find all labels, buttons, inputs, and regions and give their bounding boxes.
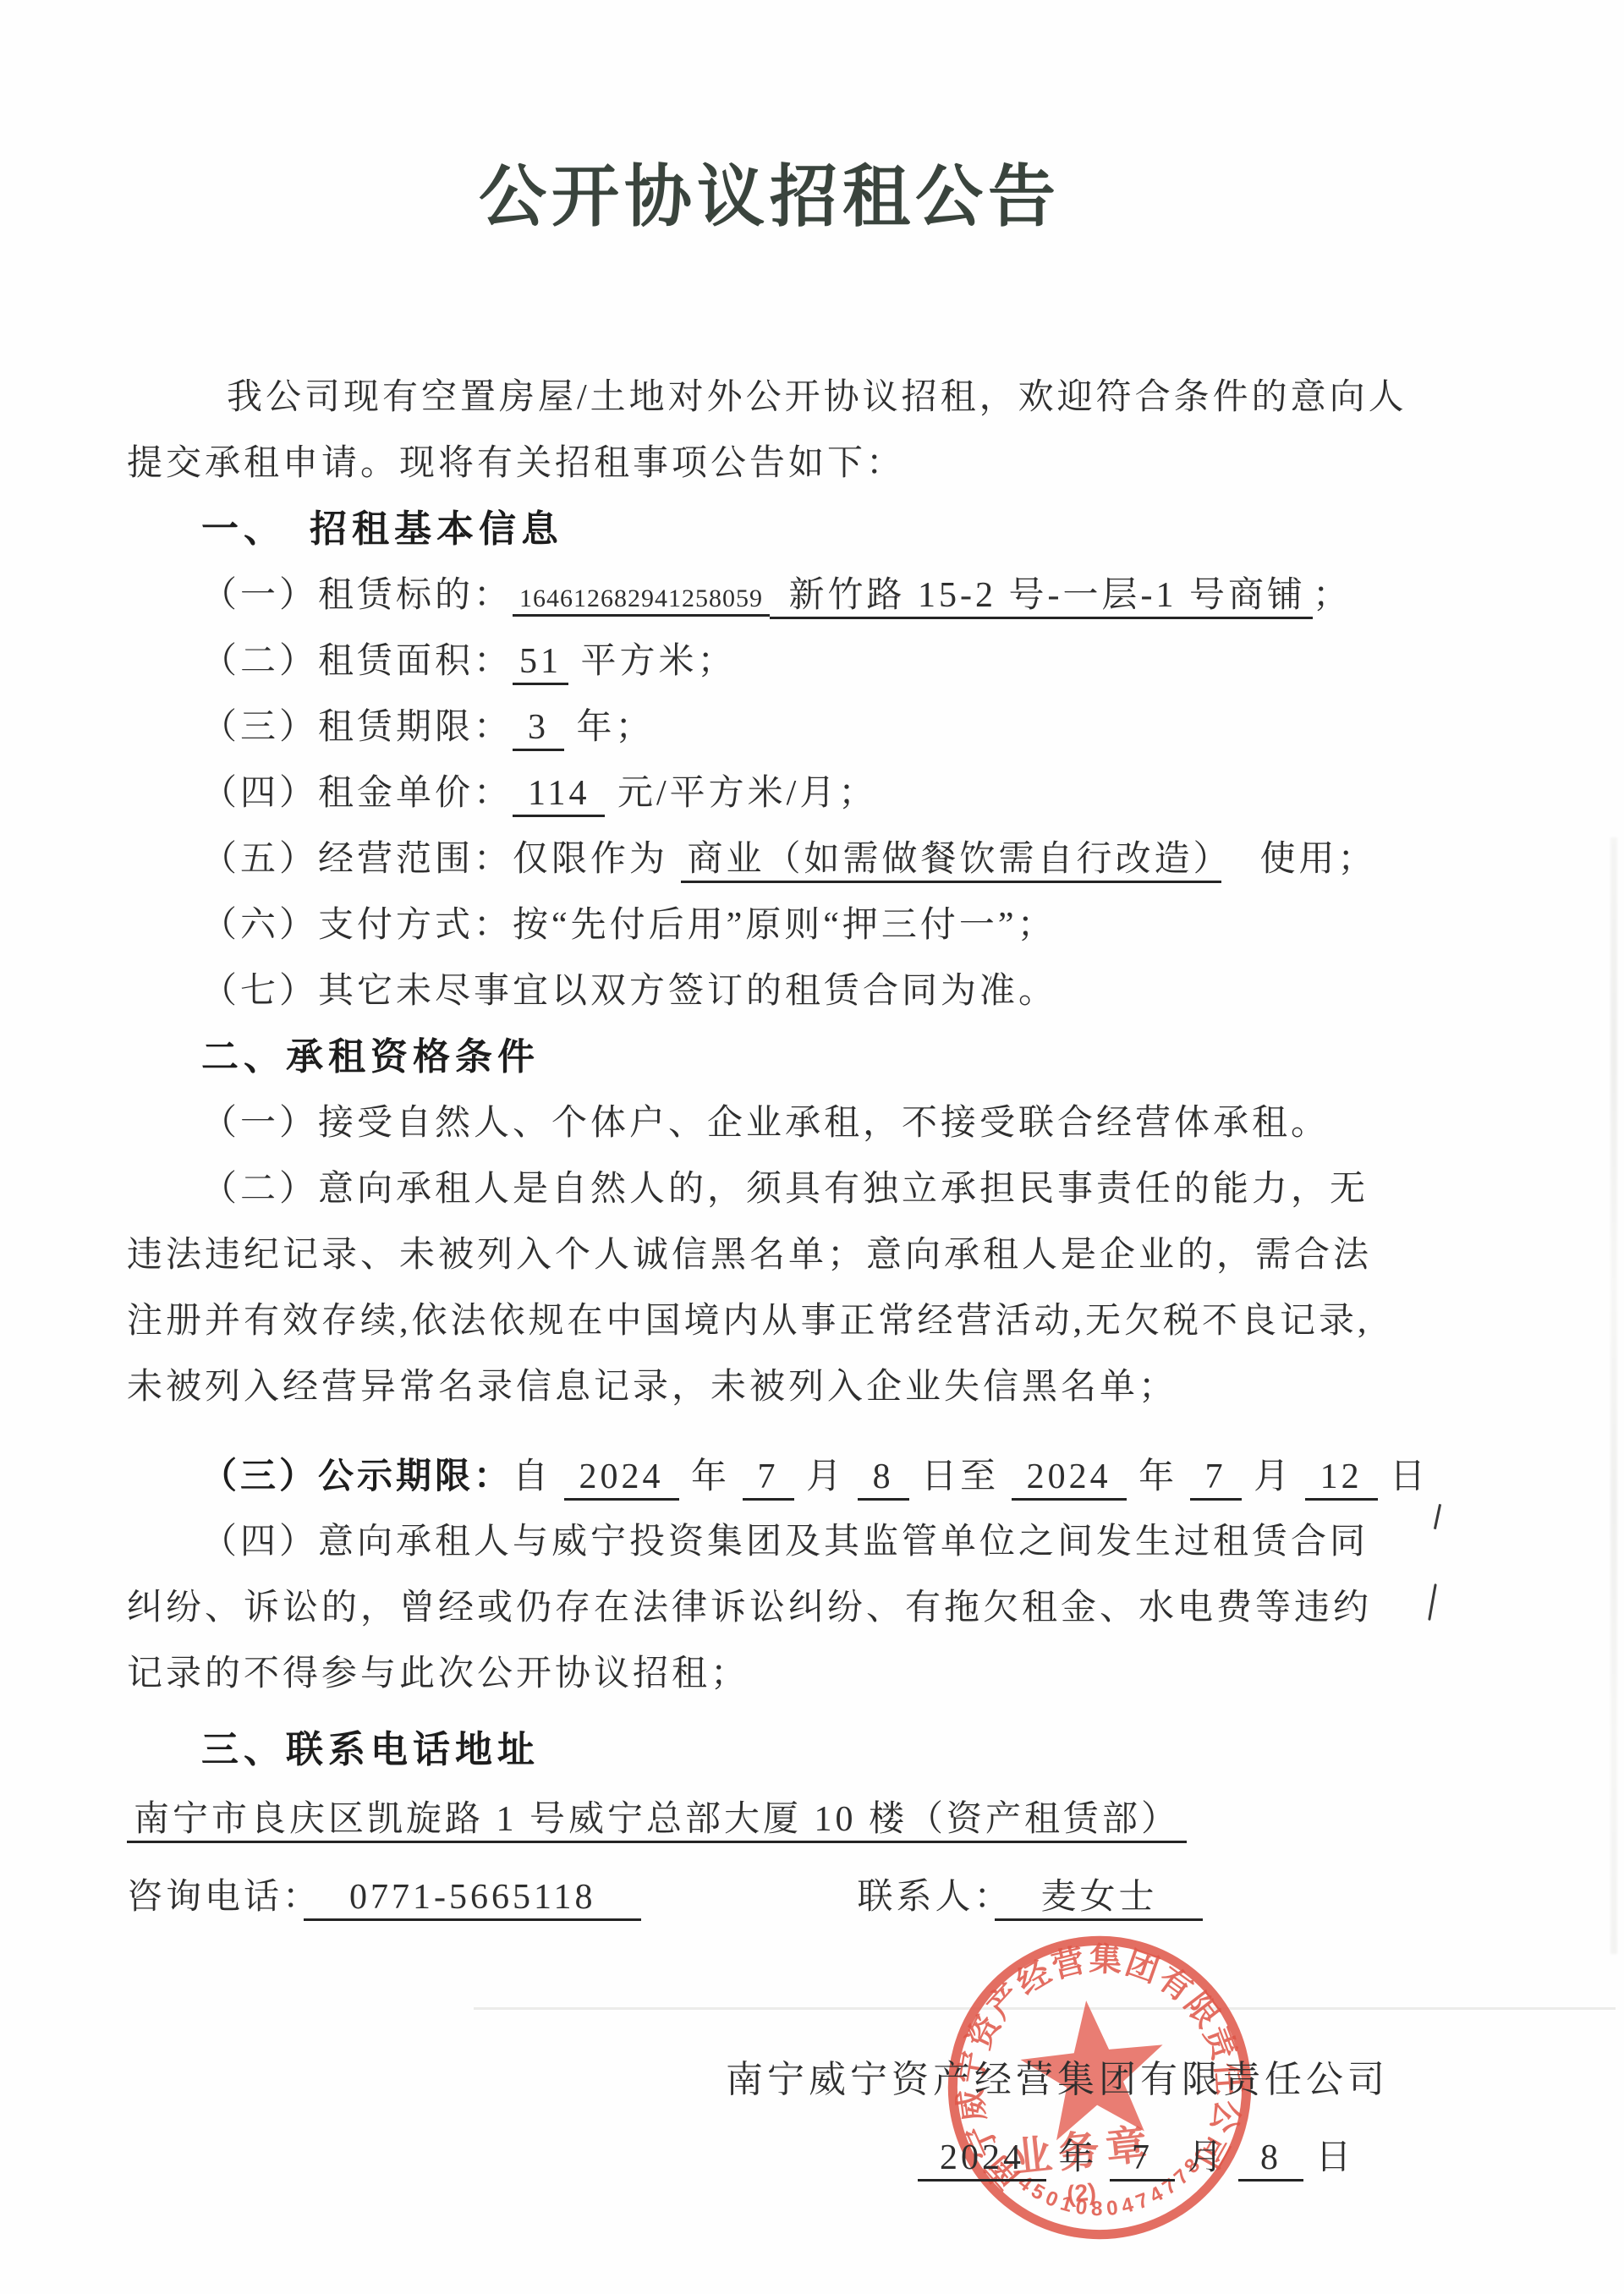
item-other: （七）其它未尽事宜以双方签订的租赁合同为准。: [127, 958, 1514, 1024]
text-segment: 月: [1242, 1457, 1305, 1496]
text-segment: 使用；: [1221, 840, 1377, 879]
text-segment: 2024: [918, 2138, 1046, 2181]
text-segment: 114: [513, 774, 605, 817]
qual-line-3: 违法违纪记录、未被列入个人诚信黑名单；意向承租人是企业的，需合法: [127, 1222, 1514, 1288]
qual-line-2: （二）意向承租人是自然人的，须具有独立承担民事责任的能力，无: [127, 1156, 1514, 1222]
text-segment: 12: [1305, 1457, 1378, 1501]
text-segment: 日至: [909, 1457, 1012, 1496]
text-segment: 新竹路 15-2 号-一层-1 号商铺: [770, 576, 1313, 619]
heading-section-1: 一、 招租基本信息: [127, 497, 1514, 563]
text-segment: 记录的不得参与此次公开协议招租；: [127, 1655, 749, 1693]
text-segment: 二、承租资格条件: [201, 1036, 540, 1078]
text-segment: 日: [1303, 2138, 1355, 2177]
text-segment: 月: [794, 1457, 858, 1496]
text-segment: 三、联系电话地址: [201, 1729, 540, 1770]
text-segment: 商业（如需做餐饮需自行改造）: [681, 840, 1221, 883]
text-segment: 7: [1110, 2138, 1175, 2181]
intro-line-2: 提交承租申请。现将有关招租事项公告如下：: [127, 431, 1514, 497]
item-dispute-3: 记录的不得参与此次公开协议招租；: [127, 1641, 1514, 1707]
text-segment: （五）经营范围：仅限作为: [201, 840, 681, 879]
item-dispute-1: （四）意向承租人与威宁投资集团及其监管单位之间发生过租赁合同: [127, 1509, 1514, 1575]
body-block-sign-date: 2024 年 7 月 8 日: [918, 2125, 1624, 2191]
text-segment: 7: [743, 1457, 794, 1501]
signature-date: 2024 年 7 月 8 日: [918, 2125, 1624, 2191]
text-segment: 违法违纪记录、未被列入个人诚信黑名单；意向承租人是企业的，需合法: [127, 1236, 1372, 1275]
qual-line-4: 注册并有效存续,依法依规在中国境内从事正常经营活动,无欠税不良记录,: [127, 1288, 1514, 1354]
item-payment: （六）支付方式：按“先付后用”原则“押三付一”；: [127, 892, 1514, 958]
body-block-main: 我公司现有空置房屋/土地对外公开协议招租，欢迎符合条件的意向人提交承租申请。现将…: [127, 365, 1514, 1420]
document-title: 公开协议招租公告: [0, 142, 1539, 239]
text-segment: （三）公示期限：: [201, 1456, 513, 1495]
heading-section-2: 二、承租资格条件: [127, 1024, 1514, 1090]
item-rental-area: （二）租赁面积：51 平方米；: [127, 628, 1514, 694]
text-segment: 51: [513, 642, 568, 685]
text-segment: （二）意向承租人是自然人的，须具有独立承担民事责任的能力，无: [201, 1170, 1369, 1209]
text-segment: 2024: [1012, 1457, 1127, 1501]
text-segment: 8: [1238, 2138, 1303, 2181]
address-line: 南宁市良庆区凯旋路 1 号威宁总部大厦 10 楼（资产租赁部）: [127, 1786, 1514, 1852]
document-page: 公开协议招租公告 我公司现有空置房屋/土地对外公开协议招租，欢迎符合条件的意向人…: [0, 0, 1624, 2294]
text-segment: 纠纷、诉讼的，曾经或仍存在法律诉讼纠纷、有拖欠租金、水电费等违约: [127, 1589, 1372, 1627]
text-segment: 2024: [564, 1457, 679, 1501]
text-segment: 南宁威宁资产经营集团有限责任公司: [726, 2059, 1389, 2100]
text-segment: 麦女士: [995, 1878, 1203, 1921]
company-signature: 南宁威宁资产经营集团有限责任公司: [726, 2047, 1624, 2113]
text-segment: 我公司现有空置房屋/土地对外公开协议招租，欢迎符合条件的意向人: [227, 378, 1407, 417]
item-business-scope: （五）经营范围：仅限作为 商业（如需做餐饮需自行改造） 使用；: [127, 826, 1514, 892]
text-segment: （七）其它未尽事宜以双方签订的租赁合同为准。: [201, 972, 1057, 1011]
text-segment: 164612682941258059: [513, 584, 770, 617]
qual-line-5: 未被列入经营异常名录信息记录，未被列入企业失信黑名单；: [127, 1354, 1514, 1420]
text-segment: 提交承租申请。现将有关招租事项公告如下：: [127, 444, 905, 483]
text-segment: 一、 招租基本信息: [201, 508, 563, 550]
text-segment: （四）意向承租人与威宁投资集团及其监管单位之间发生过租赁合同: [201, 1523, 1369, 1561]
text-segment: 元/平方米/月；: [605, 774, 877, 813]
text-segment: 联系人：: [857, 1878, 995, 1917]
item-rental-subject: （一）租赁标的：164612682941258059 新竹路 15-2 号-一层…: [127, 563, 1514, 628]
text-segment: （二）租赁面积：: [201, 642, 513, 681]
text-segment: 年；: [564, 708, 655, 747]
text-segment: 7: [1190, 1457, 1242, 1501]
text-segment: （一）租赁标的：: [201, 576, 513, 615]
body-block-signature: 南宁威宁资产经营集团有限责任公司: [726, 2047, 1624, 2113]
text-segment: （四）租金单价：: [201, 774, 513, 813]
text-segment: 年: [1127, 1457, 1190, 1496]
text-segment: 平方米；: [568, 642, 737, 681]
item-dispute-2: 纠纷、诉讼的，曾经或仍存在法律诉讼纠纷、有拖欠租金、水电费等违约: [127, 1575, 1514, 1641]
text-segment: （三）租赁期限：: [201, 708, 513, 747]
text-segment: 年: [679, 1457, 743, 1496]
heading-section-3: 三、联系电话地址: [127, 1717, 1514, 1783]
text-segment: 月: [1175, 2138, 1238, 2177]
text-segment: 8: [858, 1457, 909, 1501]
body-block-contact-row: 咨询电话： 0771-5665118 联系人： 麦女士: [127, 1864, 1514, 1930]
text-segment: （六）支付方式：按“先付后用”原则“押三付一”；: [201, 906, 1056, 945]
text-segment: ；: [1313, 576, 1352, 615]
text-segment: 咨询电话：: [127, 1878, 304, 1917]
item-publicity-period: （三）公示期限：自 2024 年 7 月 8 日至 2024 年 7 月 12 …: [127, 1443, 1514, 1509]
text-segment: 年: [1046, 2138, 1110, 2177]
contact-line: 咨询电话： 0771-5665118 联系人： 麦女士: [127, 1864, 1514, 1930]
text-segment: 南宁市良庆区凯旋路 1 号威宁总部大厦 10 楼（资产租赁部）: [127, 1800, 1187, 1843]
text-segment: 注册并有效存续,依法依规在中国境内从事正常经营活动,无欠税不良记录,: [127, 1302, 1370, 1341]
item-rental-term: （三）租赁期限：3 年；: [127, 694, 1514, 760]
qual-line-1: （一）接受自然人、个体户、企业承租，不接受联合经营体承租。: [127, 1090, 1514, 1156]
text-segment: 自: [513, 1457, 564, 1496]
text-segment: 0771-5665118: [304, 1878, 641, 1921]
text-segment: 未被列入经营异常名录信息记录，未被列入企业失信黑名单；: [127, 1368, 1177, 1407]
body-block-contact-heading: 三、联系电话地址: [127, 1717, 1514, 1783]
item-rent-price: （四）租金单价：114 元/平方米/月；: [127, 760, 1514, 826]
text-segment: 3: [513, 708, 564, 751]
body-block-publicity: （三）公示期限：自 2024 年 7 月 8 日至 2024 年 7 月 12 …: [127, 1443, 1514, 1707]
scan-artifact-edge: [1610, 837, 1617, 1954]
intro-line-1: 我公司现有空置房屋/土地对外公开协议招租，欢迎符合条件的意向人: [127, 365, 1514, 431]
body-block-address: 南宁市良庆区凯旋路 1 号威宁总部大厦 10 楼（资产租赁部）: [127, 1786, 1514, 1852]
text-segment: 日: [1378, 1457, 1429, 1496]
text-segment: （一）接受自然人、个体户、企业承租，不接受联合经营体承租。: [201, 1104, 1330, 1143]
